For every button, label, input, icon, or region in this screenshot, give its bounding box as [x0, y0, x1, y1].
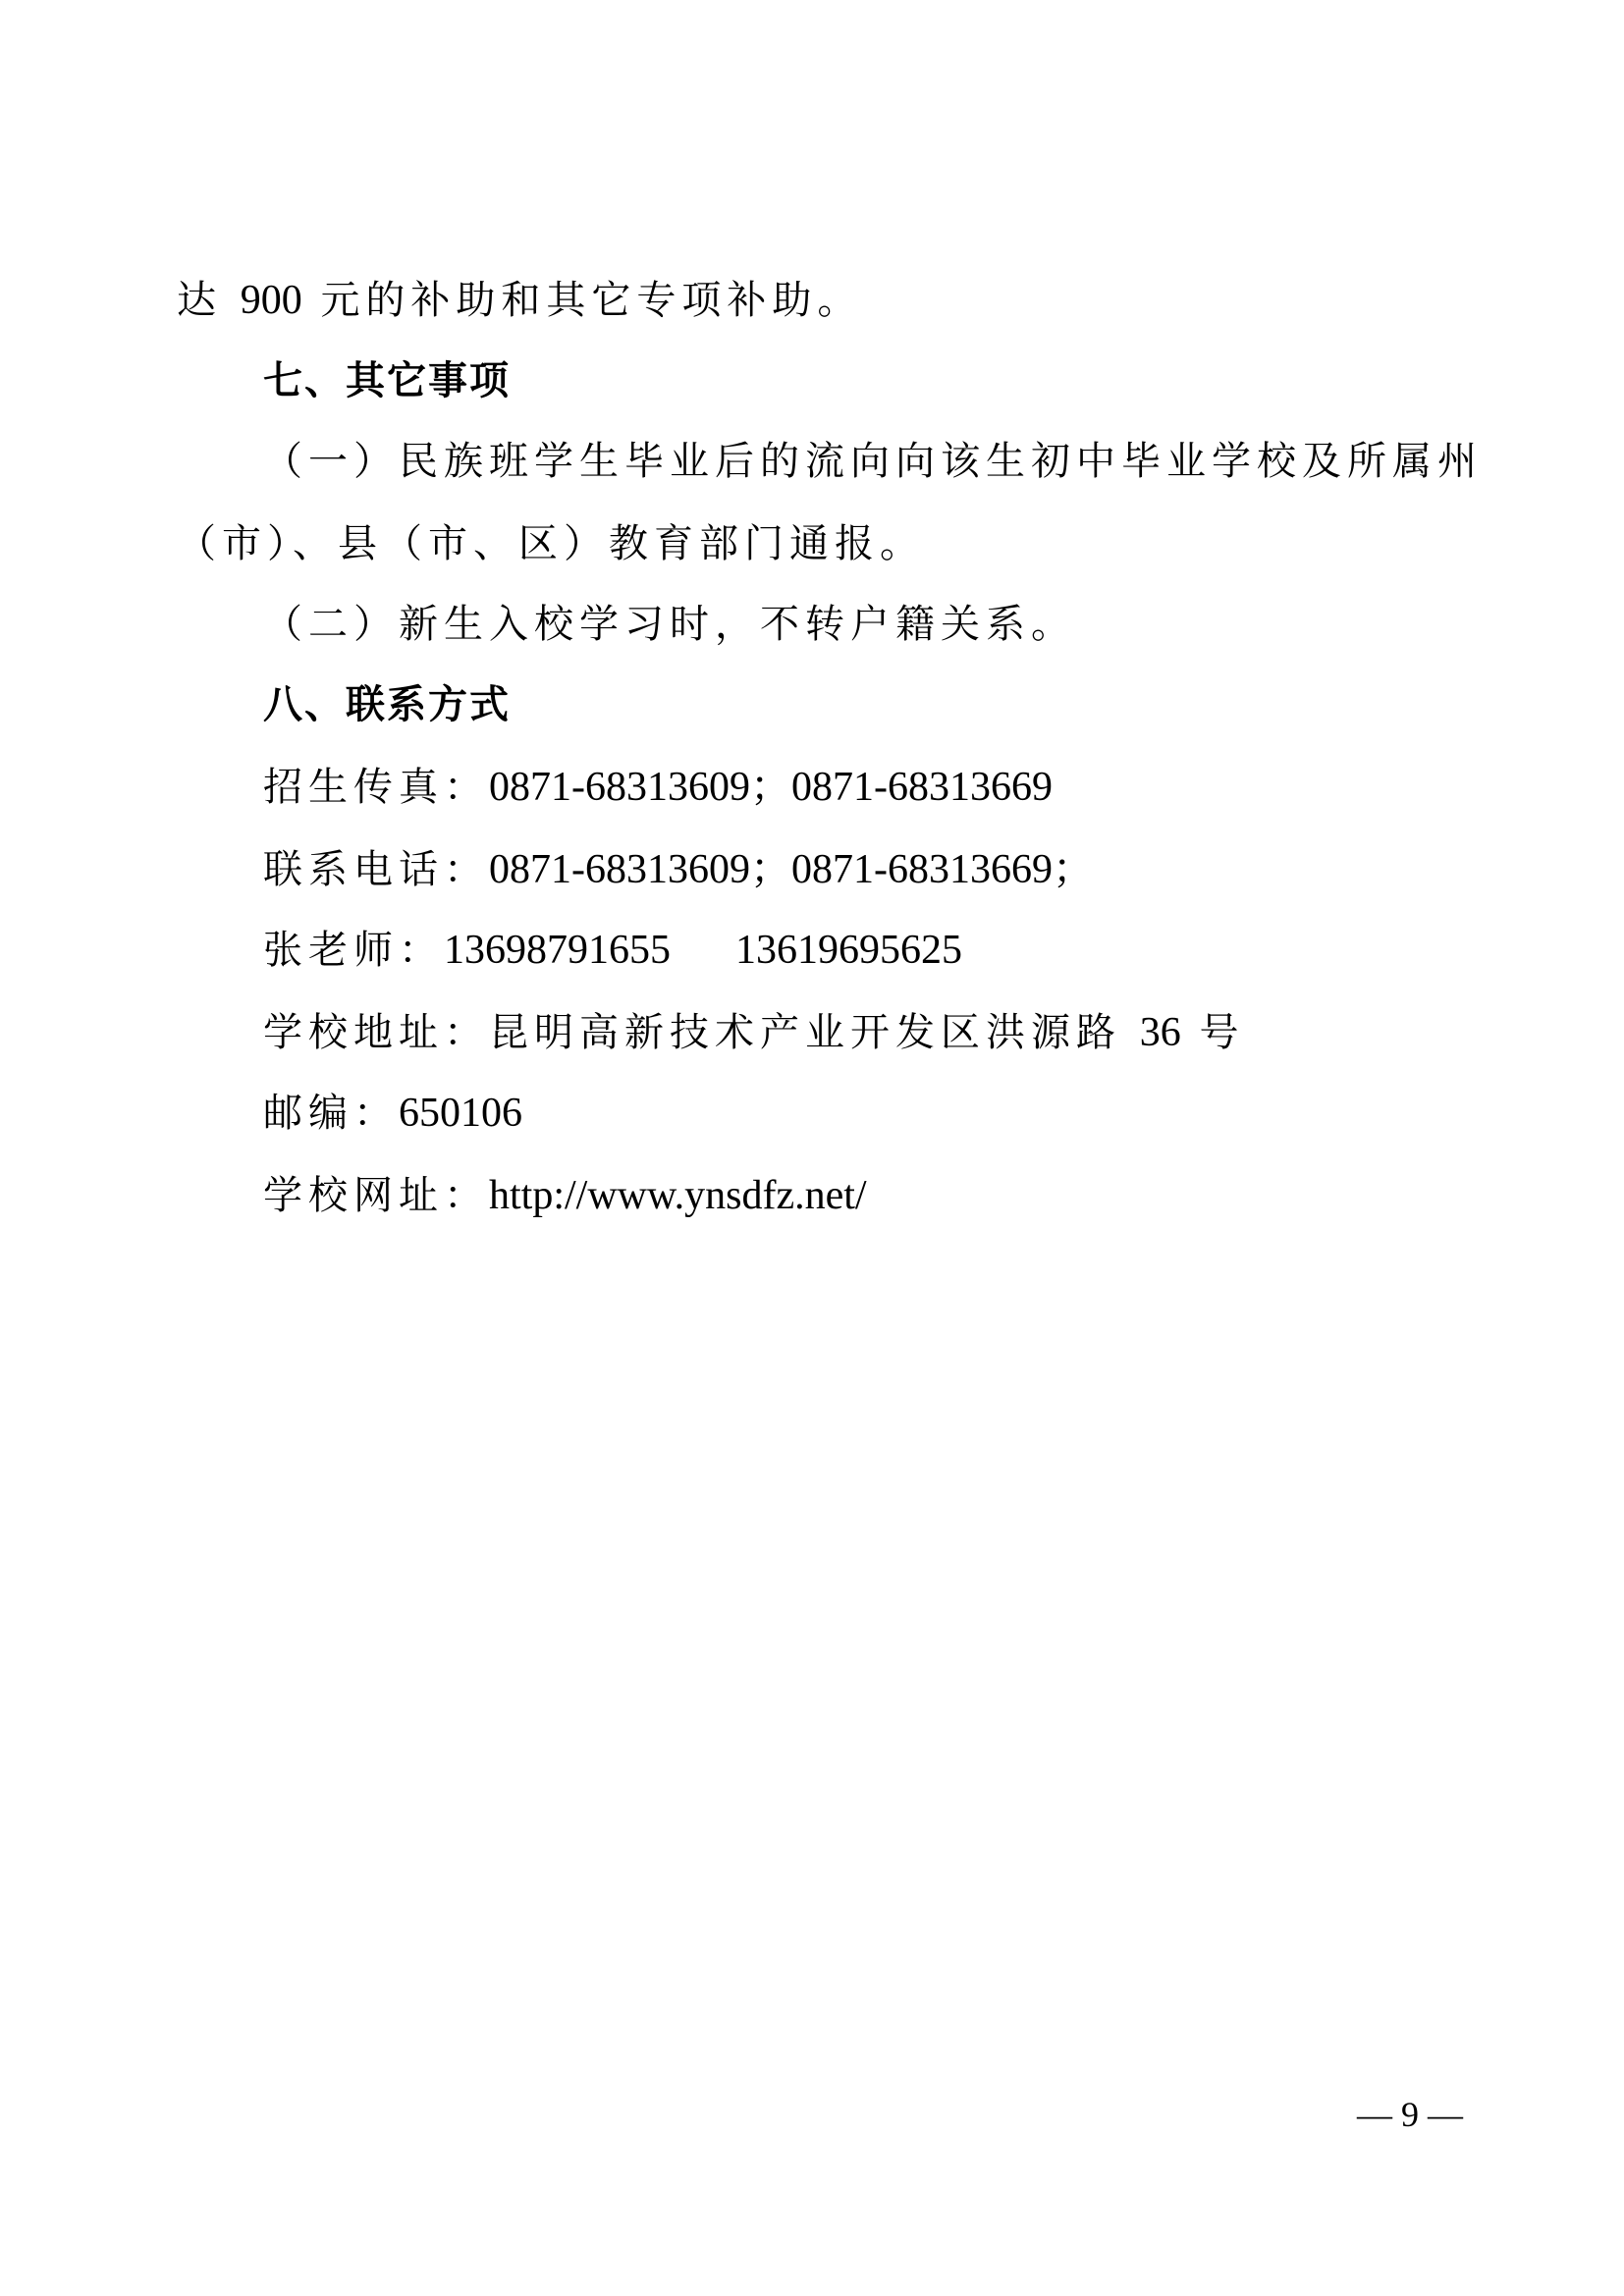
- teacher-mobile-2: 13619695625: [735, 928, 962, 973]
- subsidy-amount: 900: [241, 278, 302, 323]
- address-label: 学校地址：: [263, 1010, 489, 1055]
- website-line: 学校网址：http://www.ynsdfz.net/: [263, 1172, 867, 1219]
- section-7-heading: 七、其它事项: [263, 357, 511, 404]
- address-number: 36: [1140, 1010, 1181, 1055]
- postcode-line: 邮编：650106: [263, 1090, 522, 1137]
- website-label: 学校网址：: [263, 1173, 489, 1218]
- teacher-mobile-1: 13698791655: [444, 928, 671, 973]
- continuation-suffix: 元的补助和其它专项补助。: [320, 278, 862, 323]
- section-7-item-1-line-1: （一）民族班学生毕业后的流向向该生初中毕业学校及所属州: [263, 438, 1483, 485]
- document-page: 达 900 元的补助和其它专项补助。 七、其它事项 （一）民族班学生毕业后的流向…: [0, 0, 1624, 2296]
- section-7-item-2: （二）新生入校学习时，不转户籍关系。: [263, 601, 1076, 648]
- address-value-prefix: 昆明高新技术产业开发区洪源路: [489, 1010, 1121, 1055]
- phone-value: 0871-68313609；0871-68313669；: [489, 847, 1094, 892]
- fax-line: 招生传真：0871-68313609；0871-68313669: [263, 764, 1053, 811]
- section-8-heading: 八、联系方式: [263, 681, 511, 728]
- section-7-item-1-line-2: （市）、县（市、区）教育部门通报。: [177, 520, 925, 567]
- teacher-label: 张老师：: [263, 928, 444, 973]
- phone-line: 联系电话：0871-68313609；0871-68313669；: [263, 846, 1094, 893]
- address-line: 学校地址：昆明高新技术产业开发区洪源路 36 号: [263, 1009, 1244, 1056]
- postcode-value: 650106: [399, 1091, 522, 1136]
- fax-label: 招生传真：: [263, 765, 489, 810]
- phone-label: 联系电话：: [263, 847, 489, 892]
- continuation-prefix: 达: [177, 278, 222, 323]
- website-link[interactable]: http://www.ynsdfz.net/: [489, 1173, 867, 1218]
- teacher-line: 张老师：1369879165513619695625: [263, 927, 962, 974]
- postcode-label: 邮编：: [263, 1091, 399, 1136]
- page-number: — 9 —: [1357, 2095, 1463, 2134]
- fax-value: 0871-68313609；0871-68313669: [489, 765, 1053, 810]
- continuation-paragraph: 达 900 元的补助和其它专项补助。: [177, 277, 862, 324]
- address-value-suffix: 号: [1199, 1010, 1244, 1055]
